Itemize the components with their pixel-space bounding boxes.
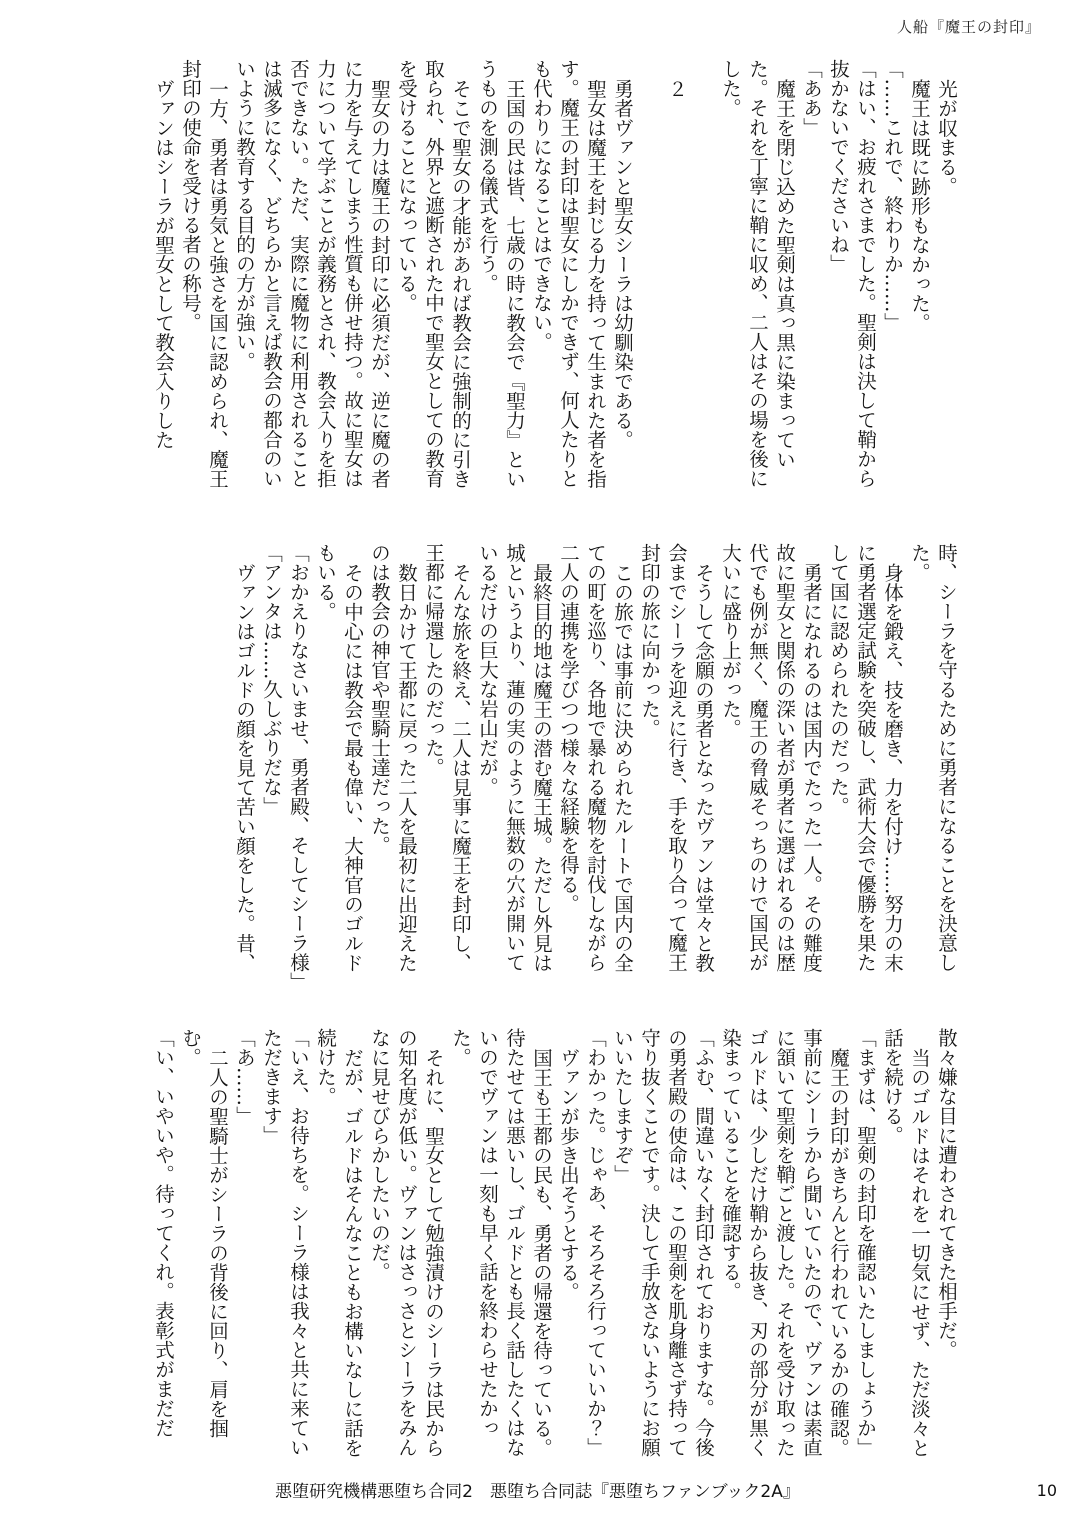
paragraph: 散々嫌な目に遭わされてきた相手だ。 — [933, 1028, 960, 1474]
text-block-top: 光が収まる。魔王は既に跡形もなかった。「……これで、終わりか……」「はい、お疲れ… — [112, 59, 960, 505]
paragraph: そうして念願の勇者となったヴァンは堂々と教会までシーラを迎えに行き、手を取り合っ… — [636, 543, 717, 989]
text-block-middle: 時、シーラを守るために勇者になることを決意した。身体を鍛え、技を磨き、力を付け…… — [112, 543, 960, 989]
paragraph: それに、聖女として勉強漬けのシーラは民からの知名度が低い。ヴァンはさっさとシーラ… — [366, 1028, 447, 1474]
paragraph: そんな旅を終え、二人は見事に魔王を封印し、王都に帰還したのだった。 — [420, 543, 474, 989]
paragraph: 二人の聖騎士がシーラの背後に回り、肩を掴む。 — [177, 1028, 231, 1474]
paragraph: 聖女の力は魔王の封印に必須だが、逆に魔の者に力を与えてしまう性質も併せ持つ。故に… — [231, 59, 393, 505]
paragraph: 身体を鍛え、技を磨き、力を付け……努力の末に勇者選定試験を突破し、武術大会で優勝… — [825, 543, 906, 989]
paragraph: 最終目的地は魔王の潜む魔王城。ただし外見は城というより、蓮の実のように無数の穴が… — [474, 543, 555, 989]
paragraph: 勇者になれるのは国内でたった一人。その難度故に聖女と関係の深い者が勇者に選ばれる… — [717, 543, 825, 989]
paragraph: 「わかった。じゃあ、そろそろ行っていいか？」 — [582, 1028, 609, 1474]
paragraph: 「あ……」 — [231, 1028, 258, 1474]
paragraph: だが、ゴルドはそんなこともお構いなしに話を続けた。 — [312, 1028, 366, 1474]
paragraph: そこで聖女の才能があれば教会に強制的に引き取られ、外界と遮断された中で聖女として… — [393, 59, 474, 505]
text-block-bottom: 散々嫌な目に遭わされてきた相手だ。当のゴルドはそれを一切気にせず、ただ淡々と話を… — [112, 1028, 960, 1474]
paragraph: ヴァンはシーラが聖女として教会入りした — [150, 59, 177, 505]
footer-publication-info: 悪堕研究機構悪堕ち合同2 悪堕ち合同誌『悪堕ちファンブック2A』 — [0, 1477, 1075, 1502]
document-page: 人船『魔王の封印』 光が収まる。魔王は既に跡形もなかった。「……これで、終わりか… — [0, 0, 1075, 1518]
paragraph: 「いえ、お待ちを。シーラ様は我々と共に来ていただきます」 — [258, 1028, 312, 1474]
paragraph: ヴァンはゴルドの顔を見て苦い顔をした。昔、 — [231, 543, 258, 989]
paragraph: 「い、いやいや。待ってくれ。表彰式がまだだ — [150, 1028, 177, 1474]
paragraph: 「ああ」 — [798, 59, 825, 505]
paragraph: 「……これで、終わりか……」 — [879, 59, 906, 505]
paragraph: 魔王の封印がきちんと行われているかの確認。事前にシーラから聞いていたので、ヴァン… — [717, 1028, 852, 1474]
paragraph: 「まずは、聖剣の封印を確認いたしましょうか」 — [852, 1028, 879, 1474]
paragraph: 勇者ヴァンと聖女シーラは幼馴染である。 — [609, 59, 636, 505]
paragraph: 王国の民は皆、七歳の時に教会で『聖力』というものを測る儀式を行う。 — [474, 59, 528, 505]
page-number: 10 — [1037, 1481, 1057, 1500]
paragraph: 「ふむ、間違いなく封印されておりますな。今後の勇者殿の使命は、この聖剣を肌身離さ… — [609, 1028, 717, 1474]
paragraph: その中心には教会で最も偉い、大神官のゴルドもいる。 — [312, 543, 366, 989]
paragraph: 光が収まる。 — [933, 59, 960, 505]
paragraph: 当のゴルドはそれを一切気にせず、ただ淡々と話を続ける。 — [879, 1028, 933, 1474]
paragraph: 「アンタは……久しぶりだな」 — [258, 543, 285, 989]
paragraph: 数日かけて王都に戻った二人を最初に出迎えたのは教会の神官や聖騎士達だった。 — [366, 543, 420, 989]
page-header-title: 人船『魔王の封印』 — [897, 16, 1041, 37]
paragraph: 聖女は魔王を封じる力を持って生まれた者を指す。魔王の封印は聖女にしかできず、何人… — [528, 59, 609, 505]
paragraph: 魔王は既に跡形もなかった。 — [906, 59, 933, 505]
section-number: ２ — [663, 59, 690, 505]
paragraph: この旅では事前に決められたルートで国内の全ての町を巡り、各地で暴れる魔物を討伐し… — [555, 543, 636, 989]
paragraph: 一方、勇者は勇気と強さを国に認められ、魔王封印の使命を受ける者の称号。 — [177, 59, 231, 505]
paragraph: 「おかえりなさいませ、勇者殿、そしてシーラ様」 — [285, 543, 312, 989]
paragraph: 「はい、お疲れさまでした。聖剣は決して鞘から抜かないでくださいね」 — [825, 59, 879, 505]
paragraph: 魔王を閉じ込めた聖剣は真っ黒に染まっていた。それを丁寧に鞘に収め、二人はその場を… — [717, 59, 798, 505]
paragraph: 国王も王都の民も、勇者の帰還を待っている。待たせては悪いし、ゴルドとも長く話した… — [447, 1028, 555, 1474]
paragraph: ヴァンが歩き出そうとする。 — [555, 1028, 582, 1474]
paragraph: 時、シーラを守るために勇者になることを決意した。 — [906, 543, 960, 989]
